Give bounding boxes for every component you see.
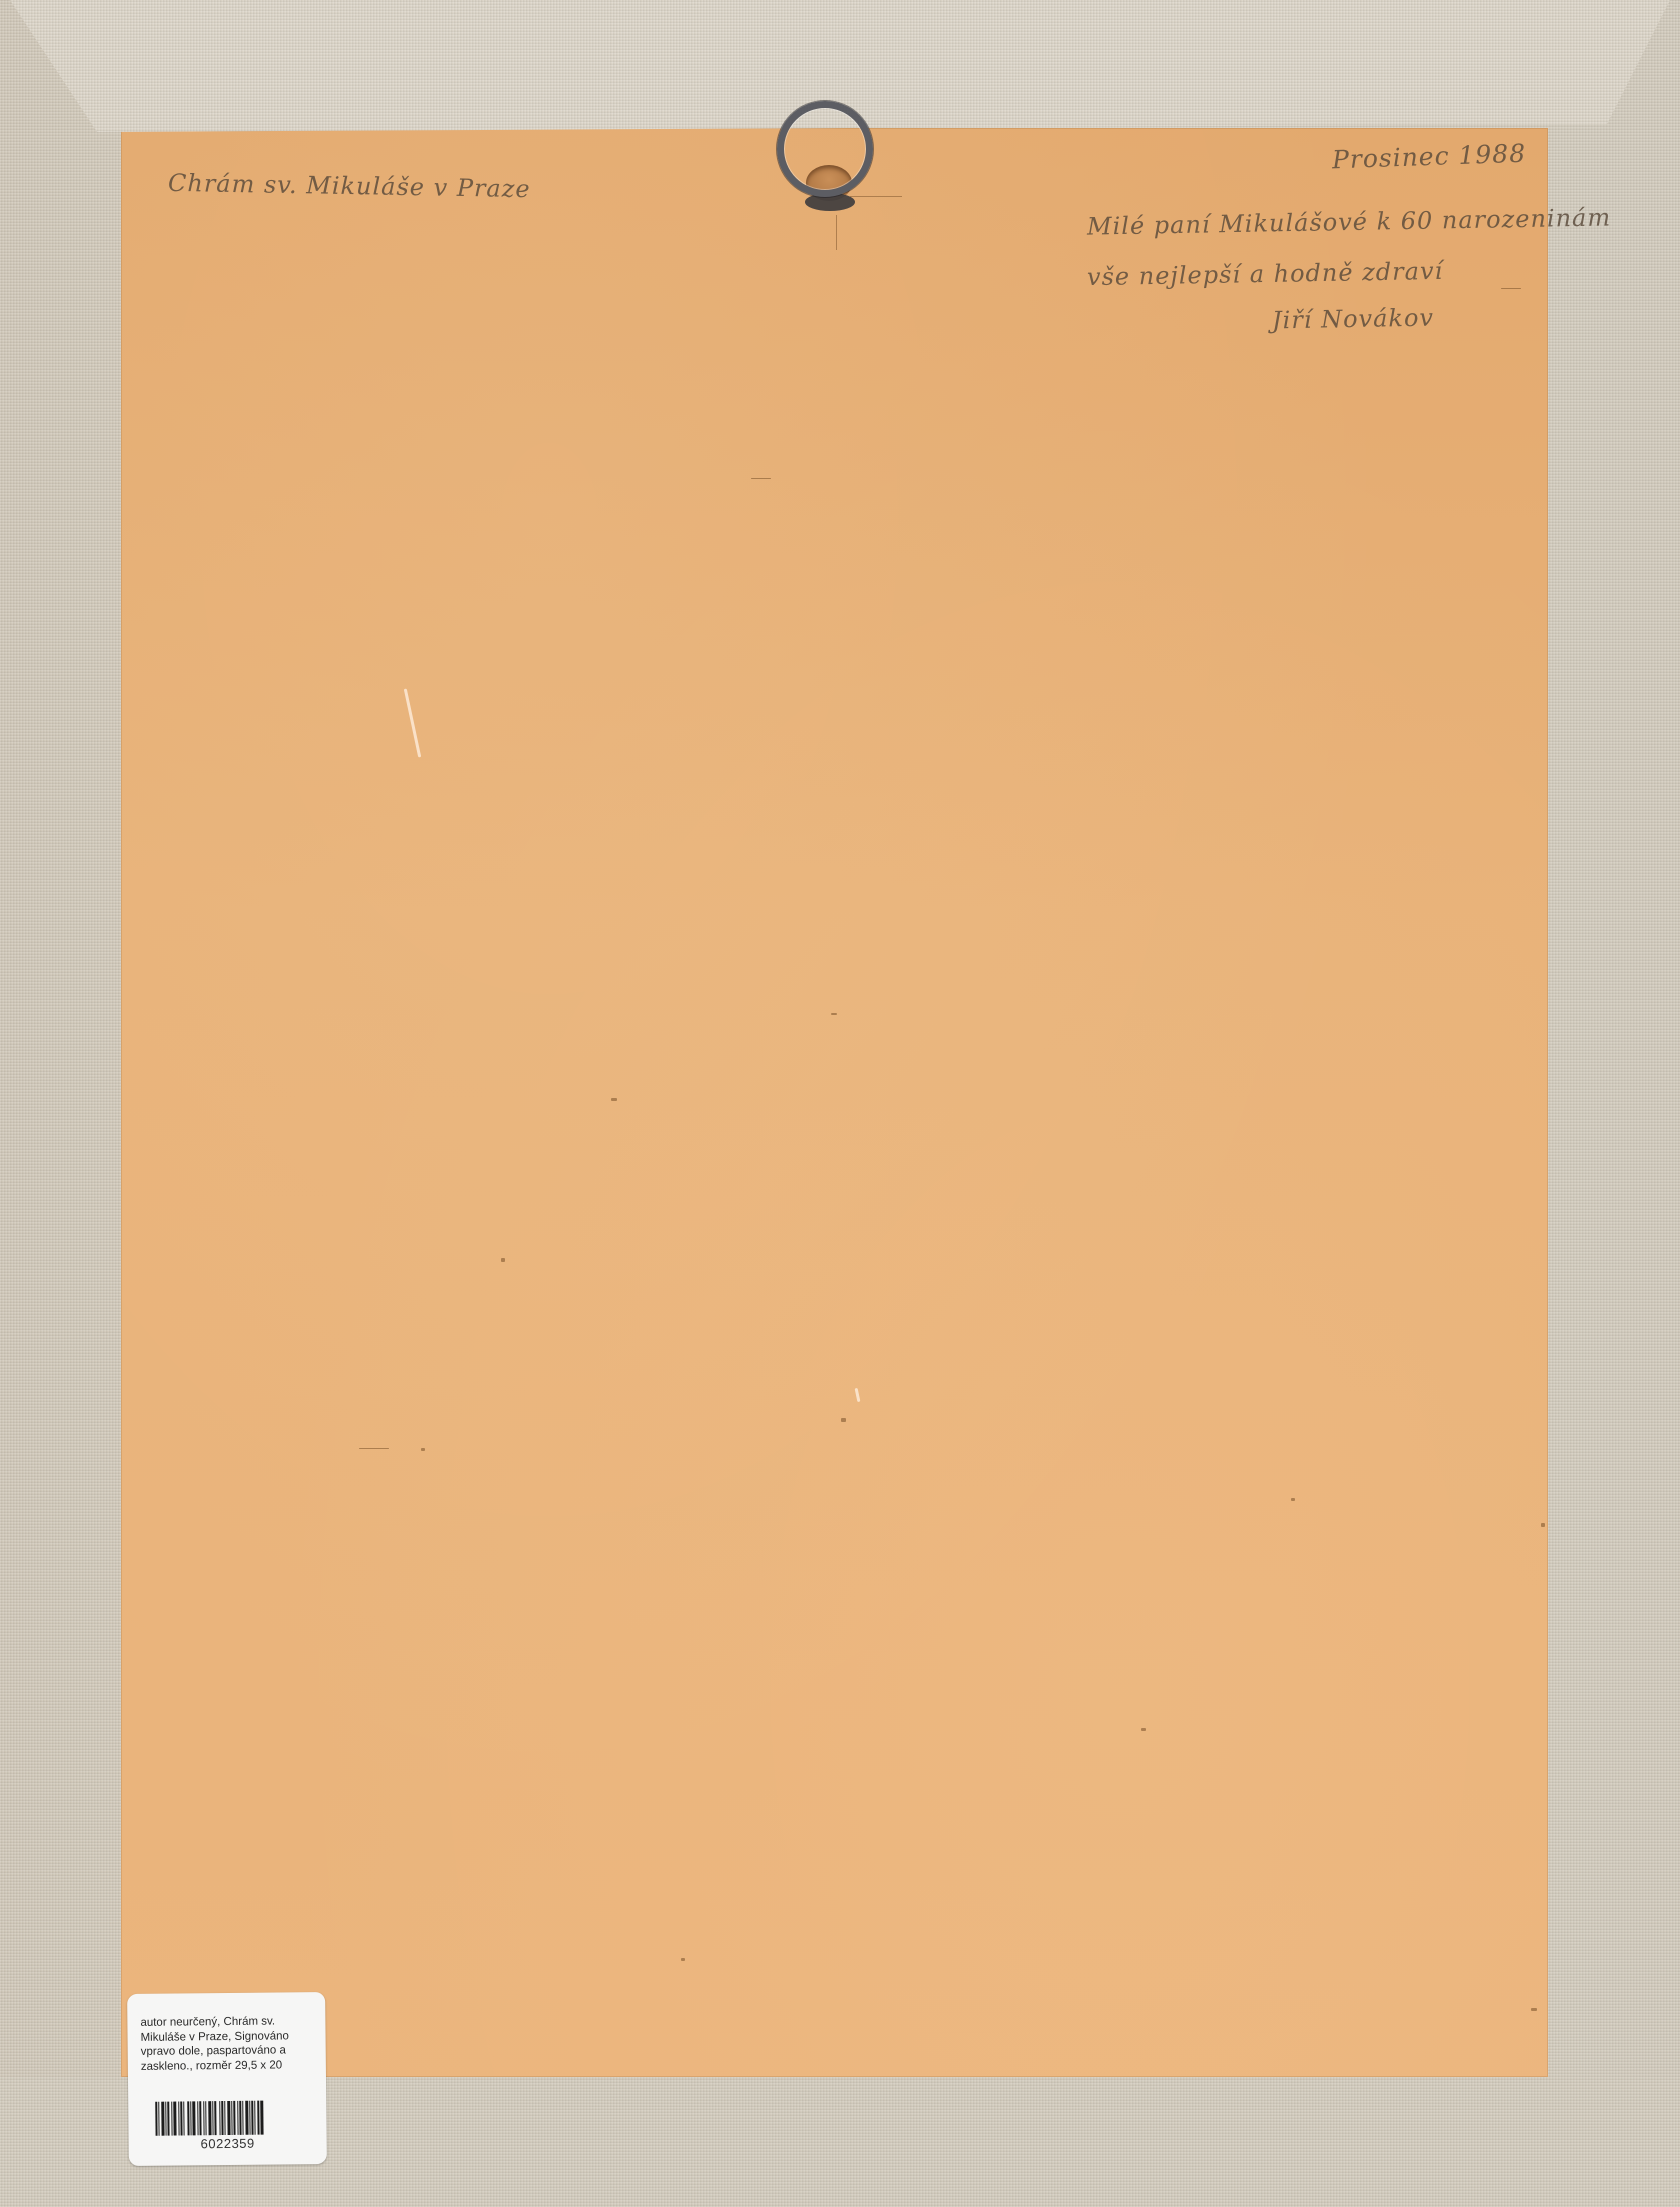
hanging-ring-icon — [777, 101, 873, 197]
paper-scratch — [404, 688, 421, 757]
paper-backing — [121, 128, 1548, 2077]
paper-fleck — [421, 1448, 425, 1451]
pencil-mark — [850, 196, 902, 197]
paper-fleck — [751, 478, 771, 479]
barcode-number: 6022359 — [129, 2135, 327, 2152]
paper-fleck — [1531, 2008, 1537, 2011]
paper-fleck — [1291, 1498, 1295, 1501]
paper-scratch — [855, 1388, 861, 1402]
pencil-mark — [836, 215, 837, 250]
paper-fleck — [1541, 1523, 1545, 1527]
barcode-icon — [155, 2100, 295, 2135]
inventory-label: autor neurčený, Chrám sv. Mikuláše v Pra… — [127, 1992, 327, 2166]
paper-fleck — [501, 1258, 505, 1262]
inscription-signature: Jiří Novákov — [1272, 304, 1434, 335]
paper-fleck — [1501, 288, 1521, 289]
paper-fleck — [1141, 1728, 1146, 1731]
paper-fleck — [841, 1418, 846, 1422]
paper-fleck — [831, 1013, 837, 1015]
paper-fleck — [359, 1448, 389, 1449]
paper-fleck — [611, 1098, 617, 1101]
label-description: autor neurčený, Chrám sv. Mikuláše v Pra… — [140, 2014, 321, 2074]
paper-fleck — [681, 1958, 685, 1961]
